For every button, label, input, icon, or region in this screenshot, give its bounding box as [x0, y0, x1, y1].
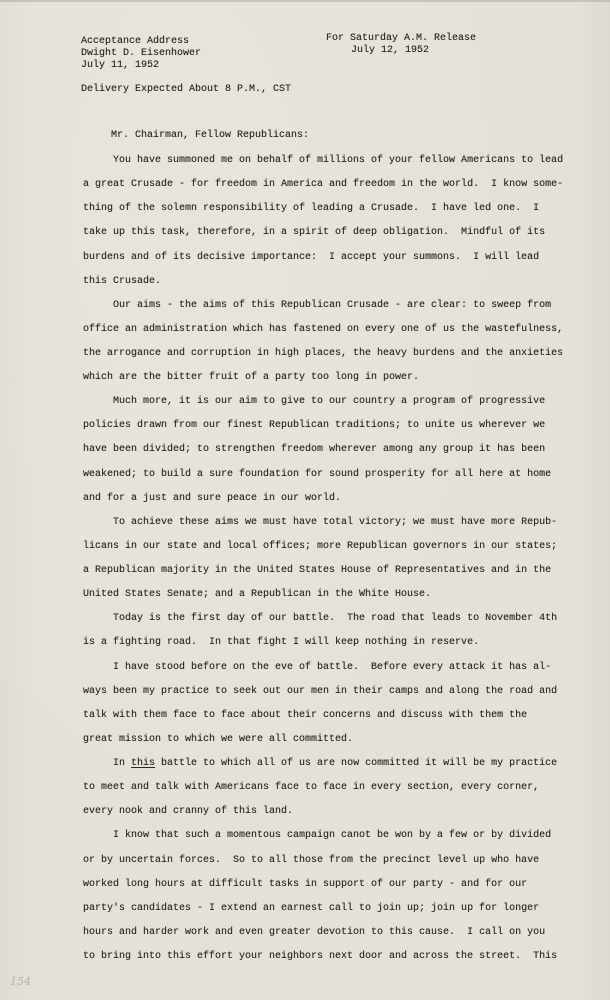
- body-line: Today is the first day of our battle. Th…: [83, 613, 557, 625]
- body-line: You have summoned me on behalf of millio…: [83, 155, 563, 167]
- underlined-word: this: [131, 758, 155, 769]
- body-line: United States Senate; and a Republican i…: [83, 589, 431, 601]
- body-line: burdens and of its decisive importance: …: [83, 252, 539, 264]
- body-line: a great Crusade - for freedom in America…: [83, 179, 563, 191]
- delivery-note: Delivery Expected About 8 P.M., CST: [81, 84, 291, 96]
- body-line: I know that such a momentous campaign ca…: [83, 830, 551, 842]
- salutation: Mr. Chairman, Fellow Republicans:: [111, 130, 309, 142]
- body-line: have been divided; to strengthen freedom…: [83, 444, 545, 456]
- body-line: weakened; to build a sure foundation for…: [83, 469, 551, 481]
- body-line: licans in our state and local offices; m…: [83, 541, 557, 553]
- body-line: to meet and talk with Americans face to …: [83, 782, 539, 794]
- body-line: take up this task, therefore, in a spiri…: [83, 227, 545, 239]
- body-line: Our aims - the aims of this Republican C…: [83, 300, 551, 312]
- body-line: Much more, it is our aim to give to our …: [83, 396, 545, 408]
- body-line: or by uncertain forces. So to all those …: [83, 855, 539, 867]
- underlined-line-prefix: In: [83, 758, 131, 769]
- body-line: talk with them face to face about their …: [83, 710, 527, 722]
- body-line: policies drawn from our finest Republica…: [83, 420, 545, 432]
- header-author: Dwight D. Eisenhower: [81, 48, 201, 60]
- body-line: hours and harder work and even greater d…: [83, 927, 545, 939]
- body-line: every nook and cranny of this land.: [83, 806, 293, 818]
- body-line: to bring into this effort your neighbors…: [83, 951, 557, 963]
- body-line: To achieve these aims we must have total…: [83, 517, 557, 529]
- underlined-line-suffix: battle to which all of us are now commit…: [155, 758, 557, 769]
- body-line: great mission to which we were all commi…: [83, 734, 353, 746]
- body-line: office an administration which has faste…: [83, 324, 563, 336]
- body-line: this Crusade.: [83, 276, 161, 288]
- body-line: and for a just and sure peace in our wor…: [83, 493, 341, 505]
- body-line: party's candidates - I extend an earnest…: [83, 903, 539, 915]
- header-title: Acceptance Address: [81, 36, 189, 48]
- body-line: thing of the solemn responsibility of le…: [83, 203, 539, 215]
- body-line: ways been my practice to seek out our me…: [83, 686, 557, 698]
- body-line: the arrogance and corruption in high pla…: [83, 348, 563, 360]
- body-line: worked long hours at difficult tasks in …: [83, 879, 527, 891]
- release-note: For Saturday A.M. Release: [326, 33, 476, 45]
- body-line: a Republican majority in the United Stat…: [83, 565, 551, 577]
- document-page: Acceptance Address Dwight D. Eisenhower …: [0, 0, 610, 1000]
- header-date: July 11, 1952: [81, 60, 159, 72]
- release-date: July 12, 1952: [351, 45, 429, 57]
- pencil-page-number: 154: [10, 975, 31, 988]
- body-line: is a fighting road. In that fight I will…: [83, 637, 479, 649]
- body-line: which are the bitter fruit of a party to…: [83, 372, 419, 384]
- body-line: In this battle to which all of us are no…: [83, 758, 557, 770]
- body-line: I have stood before on the eve of battle…: [83, 662, 551, 674]
- paper-top-edge: [0, 0, 610, 2]
